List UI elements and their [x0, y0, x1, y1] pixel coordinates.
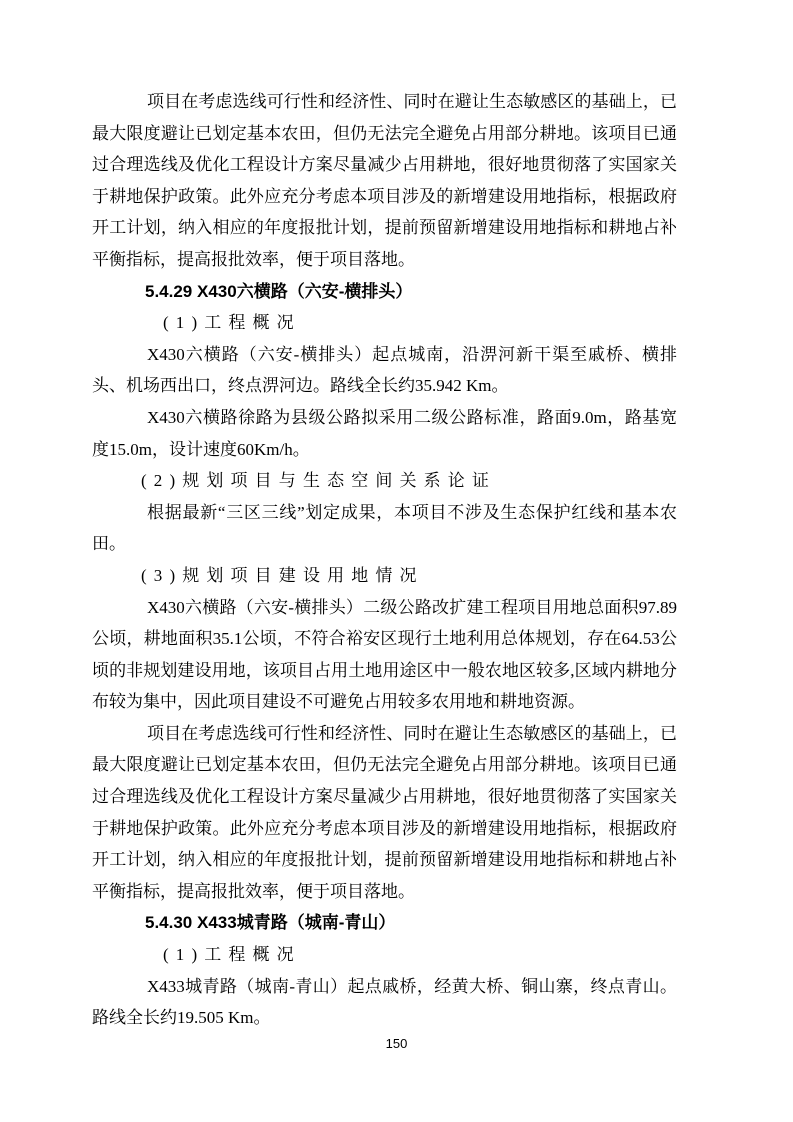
subheading-eco-space-relation: (2)规划项目与生态空间关系论证 [92, 465, 677, 497]
para-x433-route: X433城青路（城南-青山）起点戚桥，经黄大桥、铜山寨，终点青山。路线全长约19… [92, 971, 677, 1034]
para-farmland-mitigation-2: 项目在考虑选线可行性和经济性、同时在避让生态敏感区的基础上，已最大限度避让已划定… [92, 718, 677, 908]
document-content: 项目在考虑选线可行性和经济性、同时在避让生态敏感区的基础上，已最大限度避让已划定… [92, 86, 677, 1034]
para-three-zones-three-lines: 根据最新“三区三线”划定成果，本项目不涉及生态保护红线和基本农田。 [92, 497, 677, 560]
para-x430-road-standard: X430六横路徐路为县级公路拟采用二级公路标准，路面9.0m，路基宽度15.0m… [92, 402, 677, 465]
heading-5-4-30: 5.4.30 X433城青路（城南-青山） [92, 907, 677, 939]
subheading-land-use-situation: (3)规划项目建设用地情况 [92, 560, 677, 592]
subheading-project-overview-2: (1)工程概况 [92, 939, 677, 971]
para-farmland-mitigation-1: 项目在考虑选线可行性和经济性、同时在避让生态敏感区的基础上，已最大限度避让已划定… [92, 86, 677, 276]
subheading-project-overview-1: (1)工程概况 [92, 307, 677, 339]
para-x430-land-area: X430六横路（六安-横排头）二级公路改扩建工程项目用地总面积97.89公顷，耕… [92, 592, 677, 718]
document-page: 项目在考虑选线可行性和经济性、同时在避让生态敏感区的基础上，已最大限度避让已划定… [0, 0, 793, 1122]
heading-5-4-29: 5.4.29 X430六横路（六安-横排头） [92, 276, 677, 308]
para-x430-route: X430六横路（六安-横排头）起点城南，沿淠河新干渠至戚桥、横排头、机场西出口，… [92, 339, 677, 402]
page-number: 150 [0, 1036, 793, 1051]
